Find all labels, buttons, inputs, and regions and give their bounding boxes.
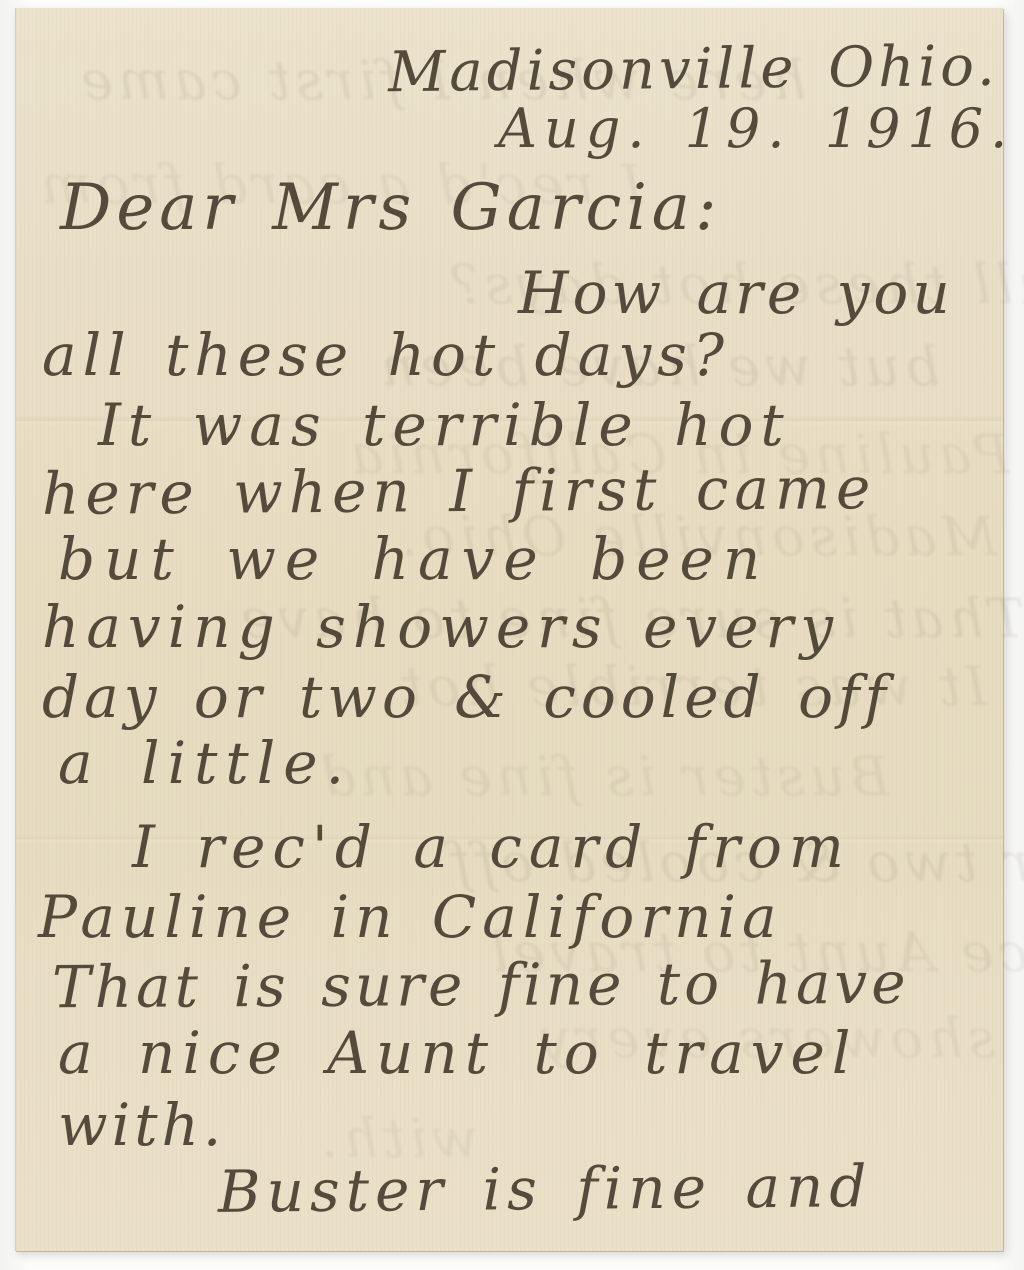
bleed-through-text: That is sure fine to have [236, 592, 1024, 646]
bleed-through-text: Madisonville Ohio. [396, 510, 997, 564]
letter-line: but we have been [58, 530, 769, 588]
bleed-through-text: It was terrible hot [396, 660, 987, 714]
dateline-date: Aug. 19. 1916. [498, 102, 1014, 156]
letter-line: How are you [518, 264, 954, 322]
bleed-through-text: Pauline in California [346, 428, 1010, 482]
letter-line: a little. [58, 734, 352, 792]
dateline-location: Madisonville Ohio. [388, 39, 999, 101]
letter-line: a nice Aunt to travel [58, 1024, 857, 1082]
letter-line: here when I first came [42, 459, 877, 523]
letter-page: here when I first came I rec'd a card fr… [15, 8, 1003, 1251]
bleed-through-text: a nice Aunt to travel [486, 926, 1024, 980]
fold-crease [16, 834, 1003, 844]
fold-crease [16, 416, 1003, 426]
bleed-through-text: but we have been [376, 340, 939, 394]
letter-line: day or two & cooled off [42, 668, 891, 726]
letter-line: all these hot days? [42, 326, 730, 384]
letter-line: Pauline in California [38, 888, 783, 946]
letter-line: having showers every [42, 598, 840, 656]
bleed-through-text: day or two & cooled off [446, 836, 1024, 890]
salutation: Dear Mrs Garcia: [60, 176, 722, 240]
bleed-through-text: having showers every [536, 1012, 1024, 1066]
letter-line: I rec'd a card from [132, 818, 851, 876]
bleed-through-text: with. [316, 1112, 478, 1166]
bleed-through-text: all these hot days? [446, 258, 1024, 312]
bleed-through-text: Buster is fine and [316, 750, 890, 804]
bleed-through-text: here when I first came [76, 54, 806, 108]
letter-line: with. [58, 1096, 225, 1154]
bleed-through-text: I rec'd a card from [36, 158, 643, 212]
letter-line: It was terrible hot [98, 396, 791, 454]
letter-line: That is sure fine to have [52, 954, 910, 1016]
scanned-letter-stage: here when I first came I rec'd a card fr… [0, 0, 1024, 1270]
letter-line: Buster is fine and [218, 1157, 873, 1221]
